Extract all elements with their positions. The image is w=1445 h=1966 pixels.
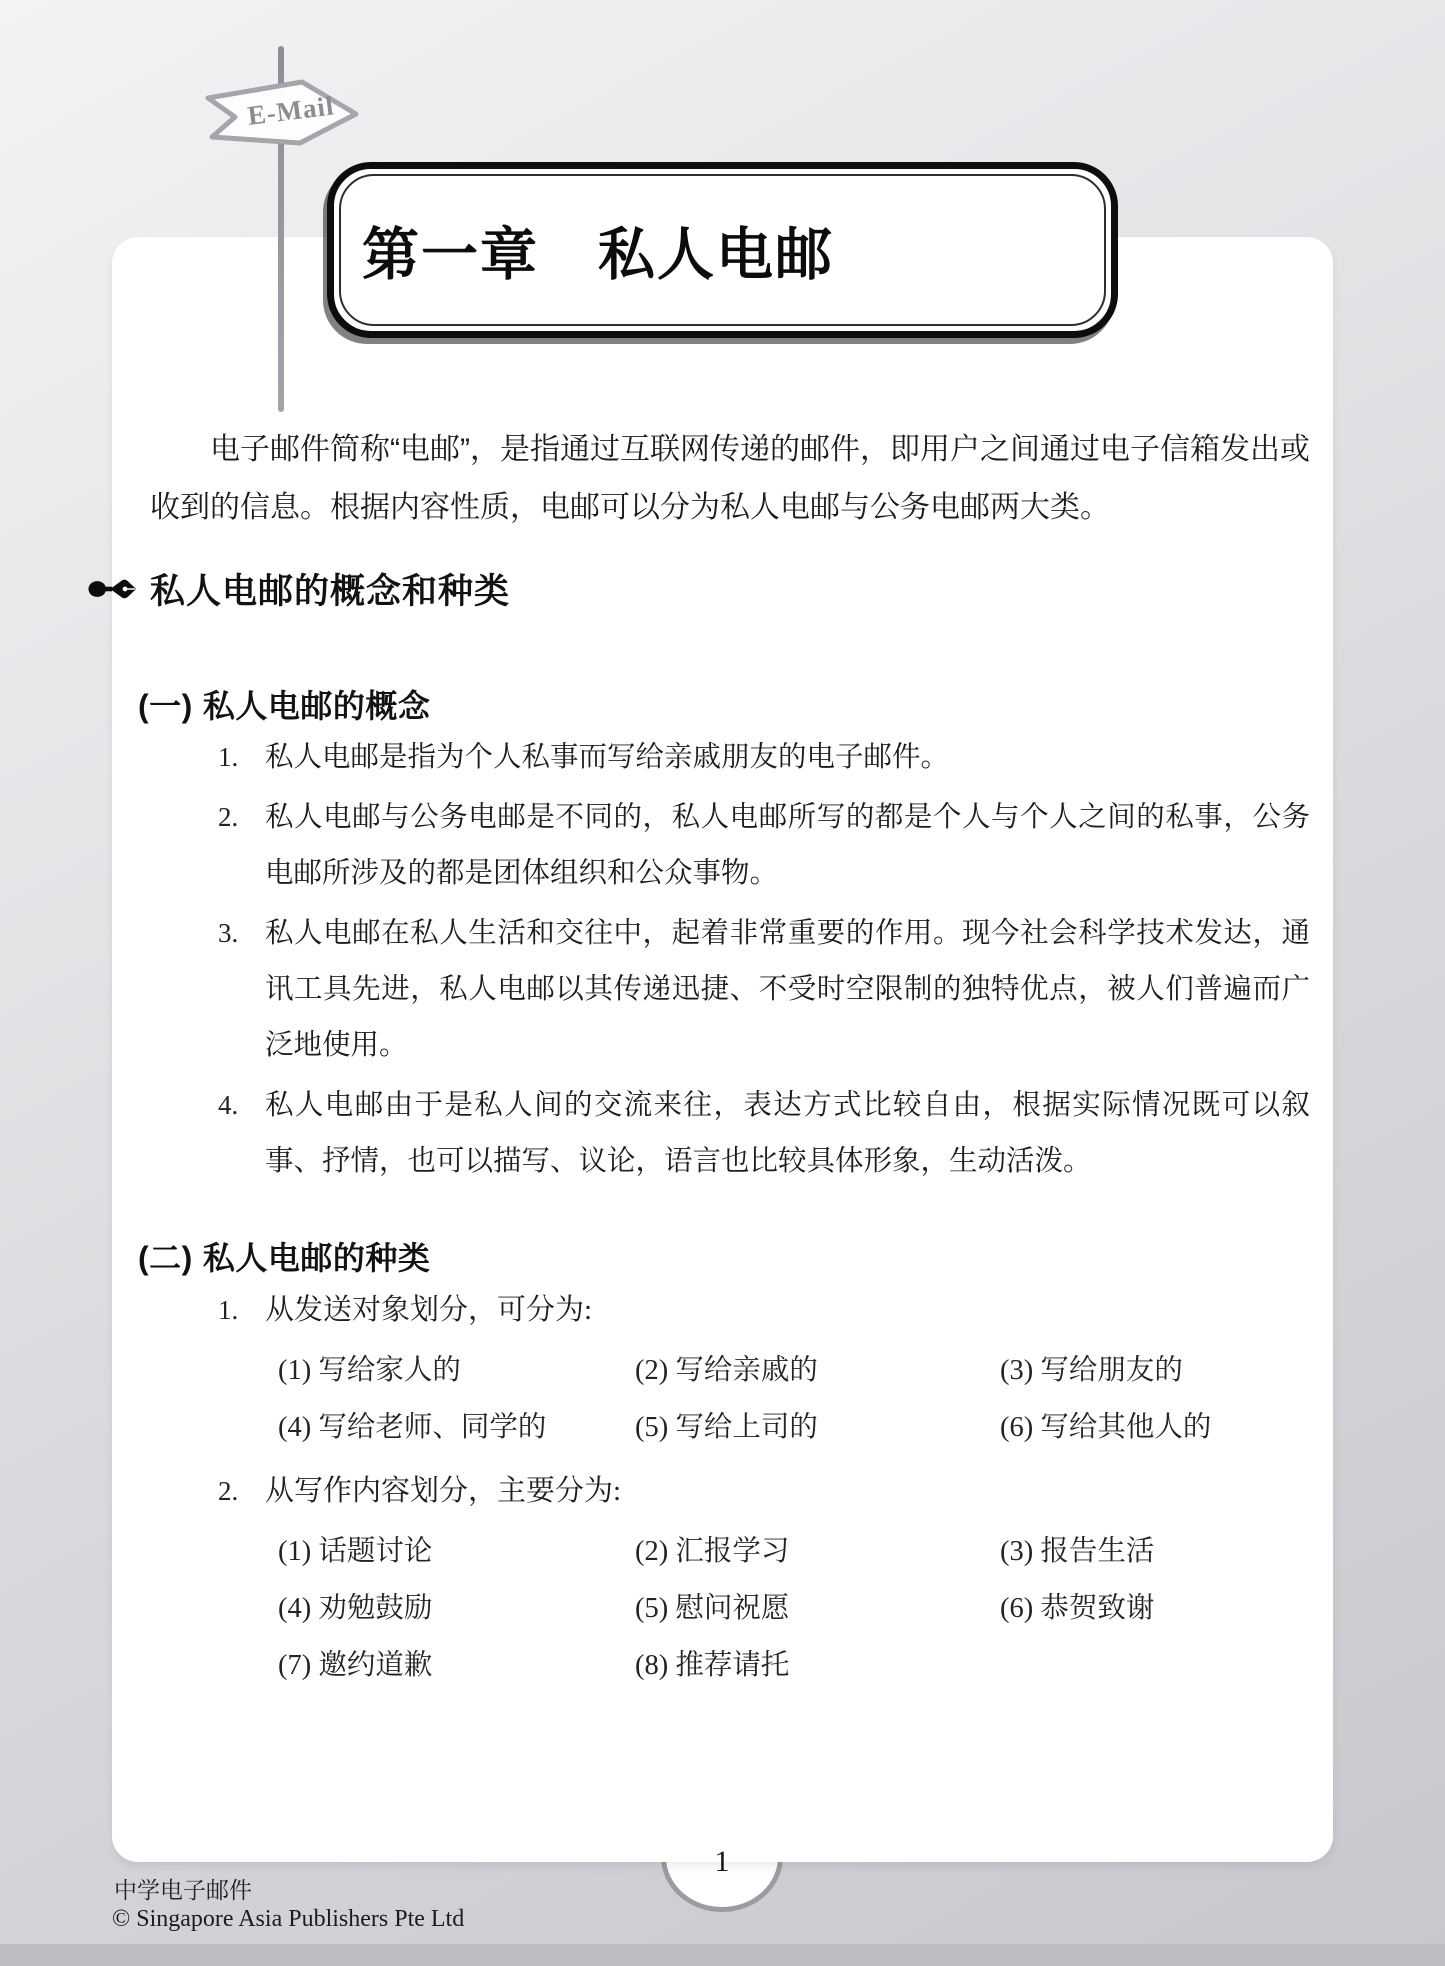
entry: (8) 推荐请托 — [635, 1643, 1000, 1689]
group-1-entries: (1) 写给家人的 (2) 写给亲戚的 (3) 写给朋友的 (4) 写给老师、同… — [278, 1348, 1310, 1451]
list-item-text: 私人电邮由于是私人间的交流来往，表达方式比较自由，根据实际情况既可以叙事、抒情，… — [265, 1077, 1310, 1189]
entry: (2) 写给亲戚的 — [635, 1348, 1000, 1394]
group-1-label-row: 1. 从发送对象划分，可分为: — [218, 1282, 1310, 1338]
subsection-1-number: (一) — [138, 681, 193, 727]
subsection-2-heading: (二) 私人电邮的种类 — [138, 1233, 430, 1279]
group-number: 1. — [218, 1282, 265, 1338]
group-number: 2. — [218, 1463, 265, 1519]
entry: (7) 邀约道歉 — [278, 1643, 635, 1689]
email-signpost-icon: E-Mail — [198, 76, 364, 150]
footer-series-title: 中学电子邮件 — [114, 1872, 252, 1905]
scanned-page-background: E-Mail 第一章 私人电邮 电子邮件简称“电邮”，是指通过互联网传递的邮件，… — [0, 0, 1445, 1966]
entry: (5) 慰问祝愿 — [635, 1586, 1000, 1632]
entry: (3) 报告生活 — [1000, 1529, 1310, 1575]
entry: (3) 写给朋友的 — [1000, 1348, 1310, 1394]
subsection-2-number: (二) — [138, 1233, 193, 1279]
concept-list: 1. 私人电邮是指为个人私事而写给亲戚朋友的电子邮件。 2. 私人电邮与公务电邮… — [218, 729, 1310, 1193]
list-item-number: 1. — [218, 729, 265, 785]
list-item-text: 私人电邮在私人生活和交往中，起着非常重要的作用。现今社会科学技术发达，通讯工具先… — [265, 905, 1310, 1073]
group-2-entries: (1) 话题讨论 (2) 汇报学习 (3) 报告生活 (4) 劝勉鼓励 (5) … — [278, 1529, 1310, 1689]
page-number: 1 — [661, 1845, 783, 1879]
list-item: 2. 私人电邮与公务电邮是不同的，私人电邮所写的都是个人与个人之间的私事，公务电… — [218, 789, 1310, 901]
list-item-text: 私人电邮与公务电邮是不同的，私人电邮所写的都是个人与个人之间的私事，公务电邮所涉… — [265, 789, 1310, 901]
chapter-title-box: 第一章 私人电邮 — [327, 162, 1118, 338]
list-item-number: 2. — [218, 789, 265, 901]
footer-copyright: © Singapore Asia Publishers Pte Ltd — [112, 1906, 464, 1933]
section-heading: 私人电邮的概念和种类 — [88, 567, 510, 611]
chapter-title: 第一章 私人电邮 — [334, 209, 834, 291]
subsection-2-title: 私人电邮的种类 — [203, 1233, 431, 1279]
entry: (1) 写给家人的 — [278, 1348, 635, 1394]
subsection-1-title: 私人电邮的概念 — [203, 681, 431, 727]
entry: (4) 写给老师、同学的 — [278, 1405, 635, 1451]
group-label: 从发送对象划分，可分为: — [265, 1282, 592, 1338]
group-2-label-row: 2. 从写作内容划分，主要分为: — [218, 1463, 1310, 1519]
page-bottom-shade — [0, 1944, 1445, 1966]
list-item-number: 4. — [218, 1077, 265, 1189]
intro-paragraph: 电子邮件简称“电邮”，是指通过互联网传递的邮件，即用户之间通过电子信箱发出或收到… — [150, 421, 1310, 537]
entry: (5) 写给上司的 — [635, 1405, 1000, 1451]
list-item-text: 私人电邮是指为个人私事而写给亲戚朋友的电子邮件。 — [265, 729, 1310, 785]
entry: (2) 汇报学习 — [635, 1529, 1000, 1575]
pen-nib-icon — [88, 575, 138, 603]
list-item: 3. 私人电邮在私人生活和交往中，起着非常重要的作用。现今社会科学技术发达，通讯… — [218, 905, 1310, 1073]
entry: (6) 写给其他人的 — [1000, 1405, 1310, 1451]
group-label: 从写作内容划分，主要分为: — [265, 1463, 621, 1519]
entry: (4) 劝勉鼓励 — [278, 1586, 635, 1632]
entry: (1) 话题讨论 — [278, 1529, 635, 1575]
types-list: 1. 从发送对象划分，可分为: (1) 写给家人的 (2) 写给亲戚的 (3) … — [218, 1282, 1310, 1689]
entry: (6) 恭贺致谢 — [1000, 1586, 1310, 1632]
list-item: 1. 私人电邮是指为个人私事而写给亲戚朋友的电子邮件。 — [218, 729, 1310, 785]
list-item-number: 3. — [218, 905, 265, 1073]
subsection-1-heading: (一) 私人电邮的概念 — [138, 681, 430, 727]
list-item: 4. 私人电邮由于是私人间的交流来往，表达方式比较自由，根据实际情况既可以叙事、… — [218, 1077, 1310, 1189]
section-heading-label: 私人电邮的概念和种类 — [150, 564, 510, 614]
